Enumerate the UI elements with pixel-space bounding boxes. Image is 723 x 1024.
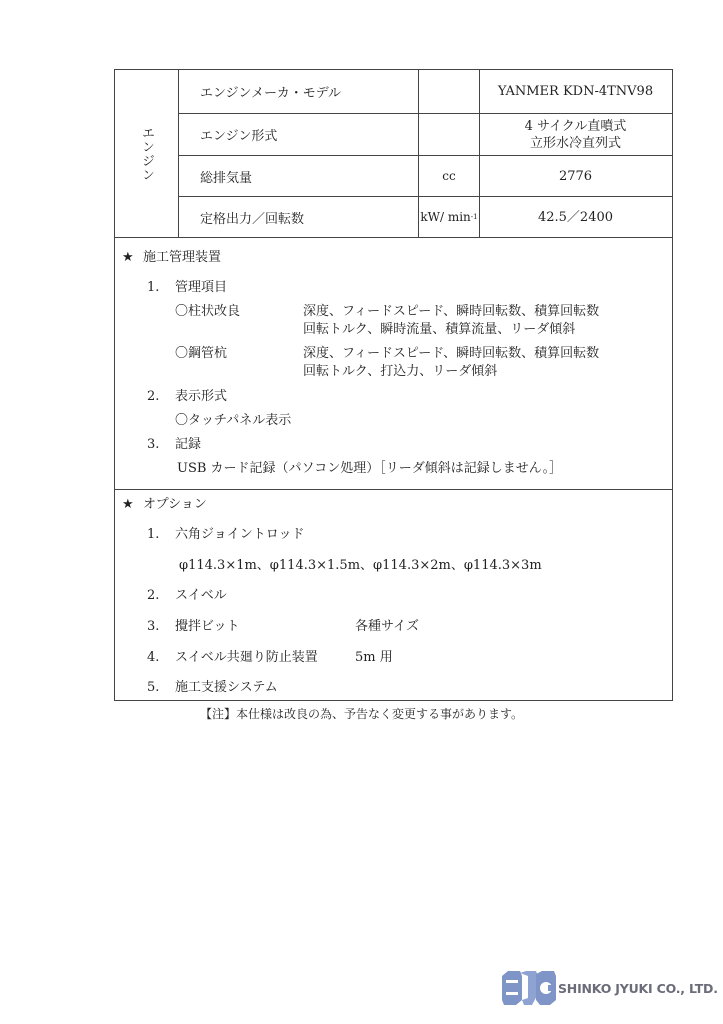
sub-item-name: 〇鋼管杭 <box>175 345 227 362</box>
row-value: 2776 <box>479 156 672 196</box>
item-number: 1. <box>147 526 159 543</box>
sub-item-line: 深度、フィードスピード、瞬時回転数、積算回転数 <box>303 345 599 362</box>
row-label: 定格出力／回転数 <box>200 197 304 237</box>
item-number: 3. <box>147 618 159 635</box>
item-label: 施工支援システム <box>175 679 278 696</box>
item-label: 表示形式 <box>175 388 227 405</box>
item-value: 各種サイズ <box>355 618 419 635</box>
row-value: 4 サイクル直噴式 立形水冷直列式 <box>479 114 672 155</box>
item-value: 5m 用 <box>355 649 393 666</box>
item-label: 攪拌ビット <box>175 618 239 635</box>
item-detail: 〇タッチパネル表示 <box>175 412 291 429</box>
row-label: 総排気量 <box>200 156 252 196</box>
section-title: オプション <box>143 496 207 513</box>
sub-item-line: 回転トルク、打込力、リーダ傾斜 <box>303 363 497 380</box>
sub-item-line: 深度、フィードスピード、瞬時回転数、積算回転数 <box>303 303 599 320</box>
value-line: 42.5／2400 <box>538 209 613 226</box>
item-detail: φ114.3×1m、φ114.3×1.5m、φ114.3×2m、φ114.3×3… <box>179 557 542 574</box>
engine-category-label: エンジン <box>137 126 156 182</box>
engine-table: エンジン エンジンメーカ・モデル YANMER KDN-4TNV98 エンジン形… <box>115 70 672 238</box>
control-device-section: ★ 施工管理装置 1. 管理項目 〇柱状改良 深度、フィードスピード、瞬時回転数… <box>115 237 672 490</box>
row-unit: kW/ min-1 <box>418 197 480 237</box>
value-line: YANMER KDN-4TNV98 <box>498 83 653 100</box>
row-unit <box>418 114 480 155</box>
row-unit: cc <box>418 156 480 196</box>
item-label: 記録 <box>175 436 201 453</box>
item-label: 管理項目 <box>175 279 227 296</box>
value-line: 4 サイクル直噴式 <box>525 118 627 135</box>
item-number: 4. <box>147 649 159 666</box>
company-logo: SHINKO JYUKI CO., LTD. <box>500 970 718 1006</box>
item-number: 5. <box>147 679 159 696</box>
item-number: 2. <box>147 388 159 405</box>
row-value: 42.5／2400 <box>479 197 672 237</box>
item-label: スイベル共廻り防止装置 <box>175 649 318 666</box>
engine-category-cell: エンジン <box>115 70 179 237</box>
sub-item-name: 〇柱状改良 <box>175 303 240 320</box>
unit-superscript: -1 <box>471 213 478 221</box>
row-unit <box>418 70 480 113</box>
value-line: 立形水冷直列式 <box>530 135 621 152</box>
row-label: エンジン形式 <box>200 114 277 155</box>
sub-item-line: 回転トルク、瞬時流量、積算流量、リーダ傾斜 <box>303 321 575 338</box>
company-name: SHINKO JYUKI CO., LTD. <box>558 981 718 996</box>
star-icon: ★ <box>122 249 134 266</box>
engine-row-type: エンジン形式 4 サイクル直噴式 立形水冷直列式 <box>178 113 672 155</box>
unit-text: kW/ min <box>420 210 470 224</box>
item-number: 2. <box>147 587 159 604</box>
engine-row-displacement: 総排気量 cc 2776 <box>178 155 672 196</box>
value-line: 2776 <box>559 168 592 185</box>
row-label: エンジンメーカ・モデル <box>200 70 341 113</box>
section-title: 施工管理装置 <box>143 249 221 266</box>
sjc-logo-icon <box>500 970 556 1006</box>
item-number: 1. <box>147 279 159 296</box>
disclaimer-note: 【注】本仕様は改良の為、予告なく変更する事があります。 <box>0 705 723 722</box>
item-label: スイベル <box>175 587 227 604</box>
row-value: YANMER KDN-4TNV98 <box>479 70 672 113</box>
engine-row-maker: エンジンメーカ・モデル YANMER KDN-4TNV98 <box>178 70 672 113</box>
spec-page: エンジン エンジンメーカ・モデル YANMER KDN-4TNV98 エンジン形… <box>0 0 723 1024</box>
item-detail: USB カード記録（パソコン処理）［リーダ傾斜は記録しません。］ <box>177 460 562 477</box>
star-icon: ★ <box>122 496 134 513</box>
item-number: 3. <box>147 436 159 453</box>
item-label: 六角ジョイントロッド <box>175 526 304 543</box>
engine-row-output: 定格出力／回転数 kW/ min-1 42.5／2400 <box>178 196 672 237</box>
options-section: ★ オプション 1. 六角ジョイントロッド φ114.3×1m、φ114.3×1… <box>115 490 672 700</box>
spec-table: エンジン エンジンメーカ・モデル YANMER KDN-4TNV98 エンジン形… <box>114 69 673 701</box>
